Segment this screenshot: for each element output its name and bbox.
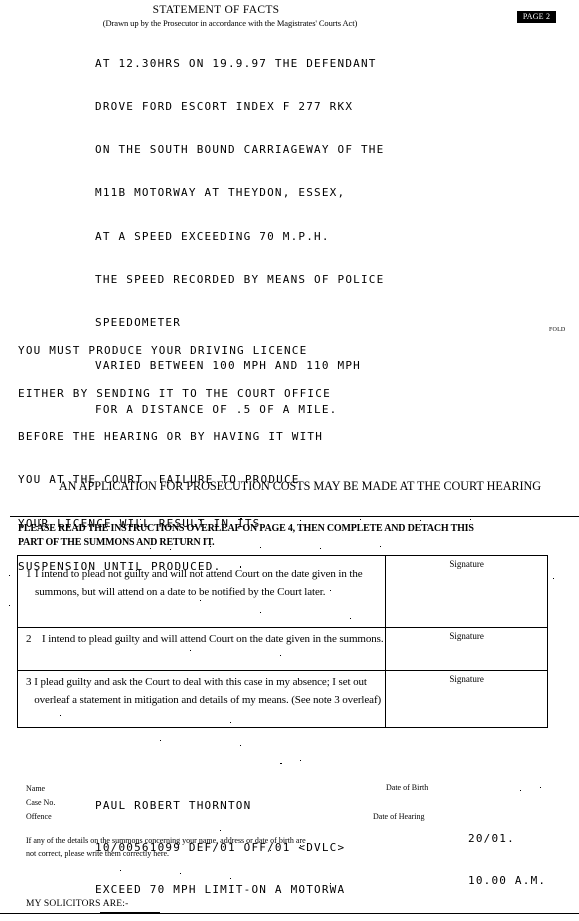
signature-label: Signature xyxy=(386,628,547,641)
plea-row: 2 I intend to plead guilty and will atte… xyxy=(18,628,548,671)
plea-table: 1 I intend to plead not guilty and will … xyxy=(17,555,548,728)
plea-number: 1 xyxy=(18,556,35,601)
document-subtitle: (Drawn up by the Prosecutor in accordanc… xyxy=(0,18,460,28)
hearing-details: 20/01. 10.00 A.M. xyxy=(468,804,546,902)
page-badge: PAGE 2 xyxy=(517,11,556,23)
signature-field-2[interactable]: Signature xyxy=(386,628,548,671)
licence-line: BEFORE THE HEARING OR BY HAVING IT WITH xyxy=(18,430,331,444)
plea-number: 2 xyxy=(18,628,42,649)
document-title: STATEMENT OF FACTS xyxy=(0,4,432,16)
signature-field-1[interactable]: Signature xyxy=(386,556,548,628)
reply-instructions: PLEASE READ THE INSTRUCTIONS OVERLEAF ON… xyxy=(18,522,474,549)
licence-line: EITHER BY SENDING IT TO THE COURT OFFICE xyxy=(18,387,331,401)
facts-line: AT A SPEED EXCEEDING 70 M.P.H. xyxy=(95,230,384,244)
offence-label: Offence xyxy=(26,810,55,824)
plea-row: 3 I plead guilty and ask the Court to de… xyxy=(18,671,548,728)
facts-line: DROVE FORD ESCORT INDEX F 277 RKX xyxy=(95,100,384,114)
plea-option-1[interactable]: 1 I intend to plead not guilty and will … xyxy=(18,556,386,628)
date-of-birth-label: Date of Birth xyxy=(386,783,428,792)
name-label: Name xyxy=(26,782,55,796)
signature-label: Signature xyxy=(386,556,547,569)
plea-text: I intend to plead not guilty and will no… xyxy=(35,556,385,601)
defendant-name: PAUL ROBERT THORNTON xyxy=(95,799,345,813)
signature-field-3[interactable]: Signature xyxy=(386,671,548,728)
field-labels: Name Case No. Offence xyxy=(26,782,55,824)
correction-note: If any of the details on the summons con… xyxy=(26,834,306,860)
plea-text: I intend to plead guilty and will attend… xyxy=(42,628,384,649)
facts-line: THE SPEED RECORDED BY MEANS OF POLICE xyxy=(95,273,384,287)
tear-off-line xyxy=(10,516,579,517)
solicitors-label[interactable]: MY SOLICITORS ARE:- xyxy=(26,899,129,909)
plea-text: I plead guilty and ask the Court to deal… xyxy=(34,671,385,709)
costs-notice: AN APPLICATION FOR PROSECUTION COSTS MAY… xyxy=(0,479,579,494)
hearing-time: 10.00 A.M. xyxy=(468,874,546,888)
facts-line: ON THE SOUTH BOUND CARRIAGEWAY OF THE xyxy=(95,143,384,157)
facts-line: AT 12.30HRS ON 19.9.97 THE DEFENDANT xyxy=(95,57,384,71)
licence-line: YOU MUST PRODUCE YOUR DRIVING LICENCE xyxy=(18,344,331,358)
plea-number: 3 xyxy=(18,671,34,709)
facts-line: M11B MOTORWAY AT THEYDON, ESSEX, xyxy=(95,186,384,200)
solicitors-line xyxy=(0,913,579,914)
offence-description: EXCEED 70 MPH LIMIT-ON A MOTORWA xyxy=(95,883,345,897)
signature-label: Signature xyxy=(386,671,547,684)
plea-option-3[interactable]: 3 I plead guilty and ask the Court to de… xyxy=(18,671,386,728)
date-of-hearing-label: Date of Hearing xyxy=(373,812,425,821)
plea-option-2[interactable]: 2 I intend to plead guilty and will atte… xyxy=(18,628,386,671)
hearing-date: 20/01. xyxy=(468,832,546,846)
plea-row: 1 I intend to plead not guilty and will … xyxy=(18,556,548,628)
case-no-label: Case No. xyxy=(26,796,55,810)
fold-mark: FOLD xyxy=(549,327,565,333)
